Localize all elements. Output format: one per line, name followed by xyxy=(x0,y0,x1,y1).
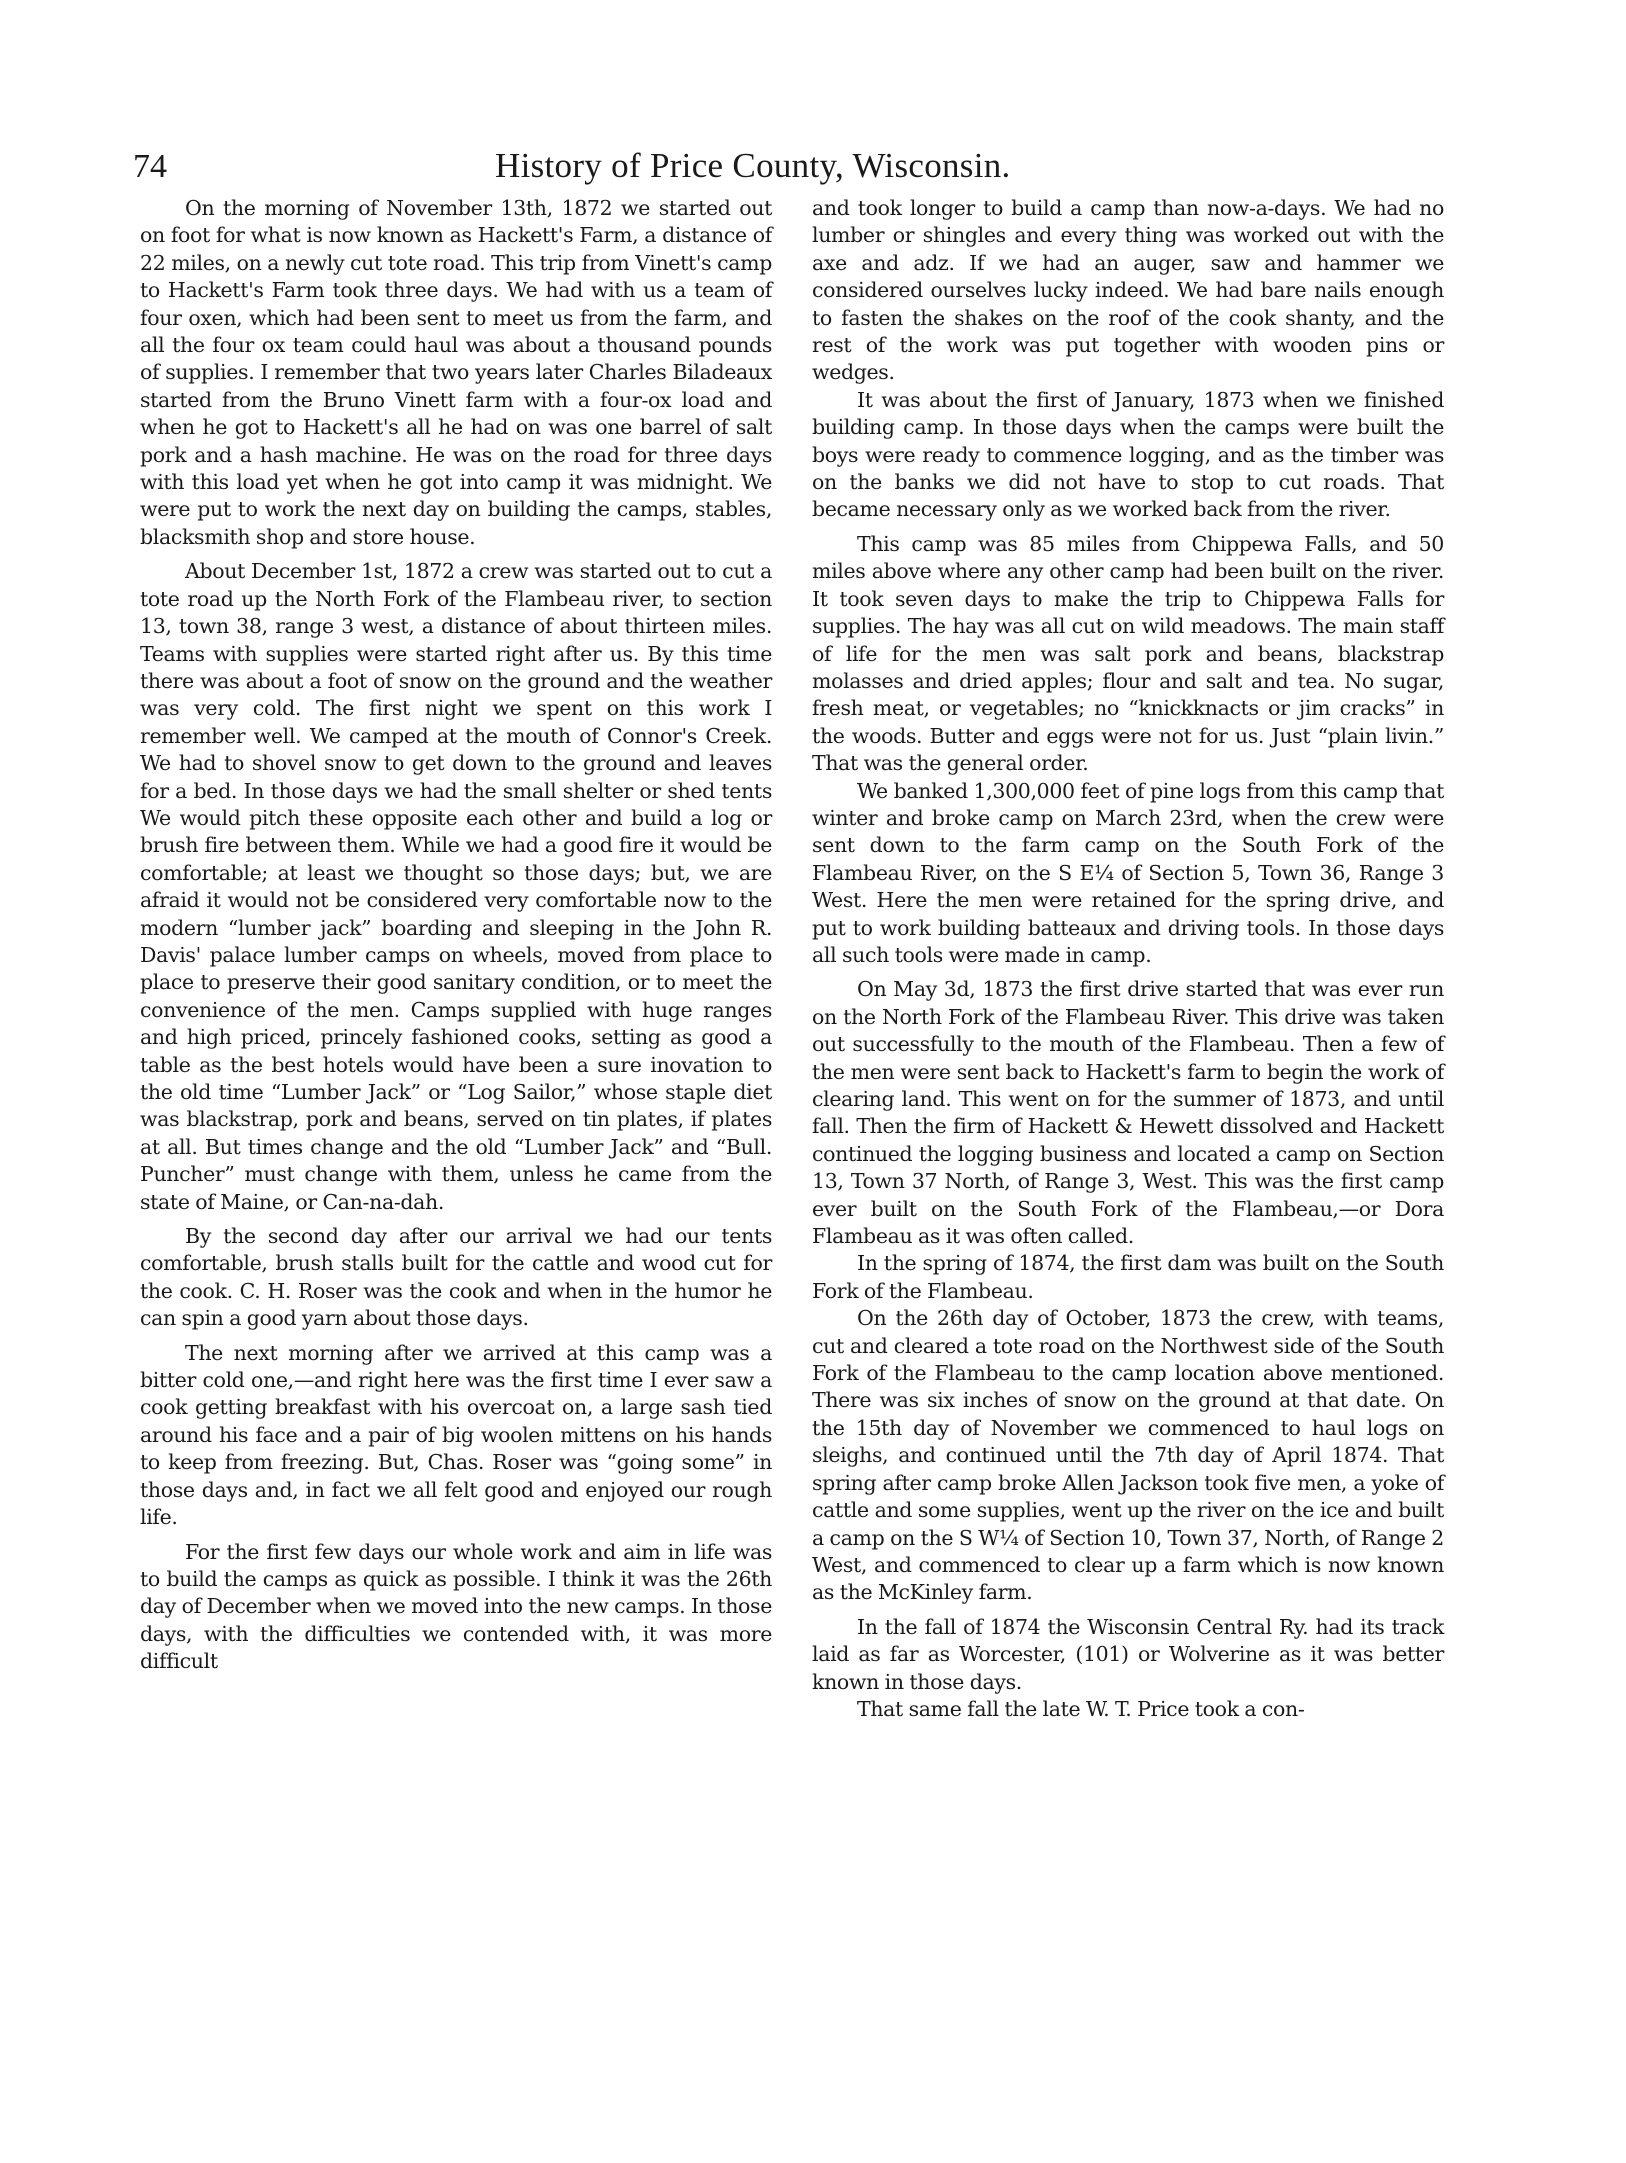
paragraph: About December 1st, 1872 a crew was star… xyxy=(140,558,772,1216)
paragraph: In the fall of 1874 the Wisconsin Centra… xyxy=(812,1614,1444,1696)
left-column: On the morning of November 13th, 1872 we… xyxy=(140,195,772,1683)
page-number: 74 xyxy=(133,148,167,186)
paragraph: That same fall the late W. T. Price took… xyxy=(812,1696,1444,1723)
paragraph: By the second day after our arrival we h… xyxy=(140,1223,772,1333)
paragraph: On the morning of November 13th, 1872 we… xyxy=(140,195,772,551)
paragraph: The next morning after we arrived at thi… xyxy=(140,1340,772,1532)
paragraph: On May 3d, 1873 the first drive started … xyxy=(812,976,1444,1250)
paragraph: We banked 1,300,000 feet of pine logs fr… xyxy=(812,778,1444,970)
paragraph: It was about the first of January, 1873 … xyxy=(812,387,1444,524)
running-title: History of Price County, Wisconsin. xyxy=(495,146,1011,186)
paragraph: For the first few days our whole work an… xyxy=(140,1539,772,1676)
paragraph-continued: and took longer to build a camp than now… xyxy=(812,195,1444,387)
paragraph: This camp was 85 miles from Chippewa Fal… xyxy=(812,531,1444,778)
paragraph: In the spring of 1874, the first dam was… xyxy=(812,1250,1444,1305)
right-column: and took longer to build a camp than now… xyxy=(812,195,1444,1730)
paragraph: On the 26th day of October, 1873 the cre… xyxy=(812,1305,1444,1606)
